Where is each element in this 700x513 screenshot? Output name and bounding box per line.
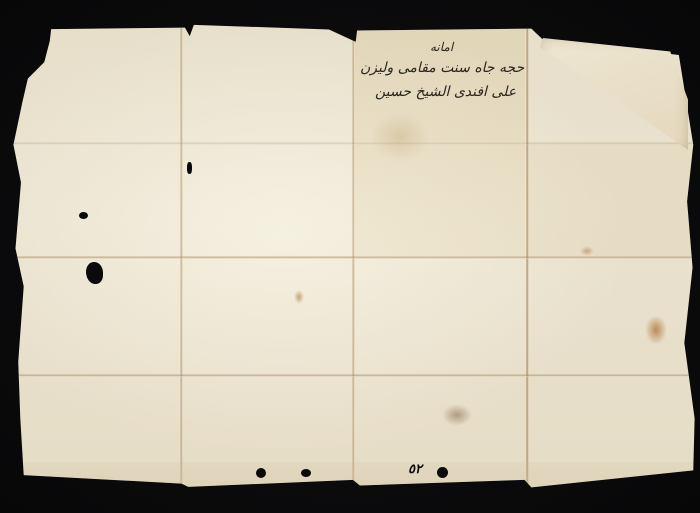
stain [370,112,430,162]
stain [294,290,304,304]
paper-hole [86,262,103,284]
stain [645,315,667,345]
paper-hole [187,162,192,174]
paper-hole [437,467,448,478]
horizontal-fold-line [10,256,696,259]
horizontal-fold-line [10,374,696,377]
paper-hole [256,468,266,478]
stain [442,404,472,426]
aged-paper-document: امانه حجه جاه سنت مقامی ولیزن علی افندی … [10,22,696,494]
bottom-mark: ٥٢ [408,462,422,477]
handwriting-line-2: حجه جاه سنت مقامی ولیزن [360,60,524,76]
paper-hole [301,469,311,477]
handwriting-line-3: علی افندی الشیخ حسین [375,84,516,100]
stain [580,246,594,256]
paper-hole [79,212,88,219]
handwriting-line-1: امانه [430,40,453,54]
darker-panel [528,142,696,256]
